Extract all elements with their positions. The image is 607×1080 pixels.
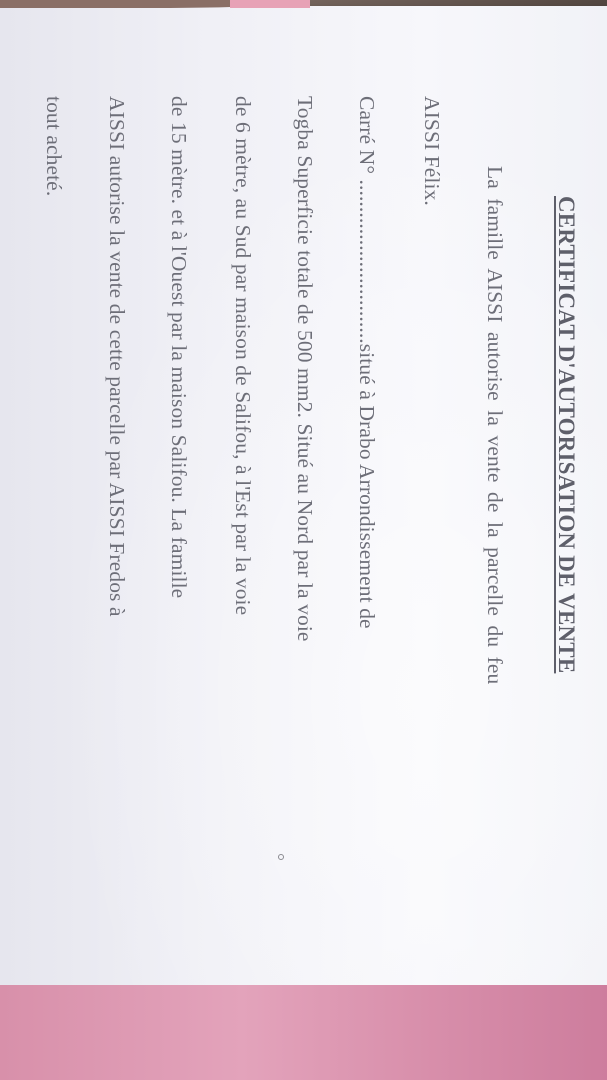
- body-line: Carré N° ..............................s…: [354, 96, 379, 629]
- background-shadow: [0, 0, 260, 8]
- body-line: de 15 mètre. et à l'Ouest par la maison …: [166, 96, 191, 598]
- body-line: tout acheté.: [41, 96, 66, 196]
- document-title: CERTIFICAT D'AUTORISATION DE VENTE: [553, 196, 579, 673]
- body-line: de 6 mètre, au Sud par maison de Salifou…: [230, 96, 255, 615]
- body-line: Togba Superficie totale de 500 mm2. Situ…: [292, 96, 317, 642]
- paper-sheet: CERTIFICAT D'AUTORISATION DE VENTE La fa…: [0, 6, 607, 990]
- background-pink-patch: [230, 0, 310, 8]
- pink-surface: [0, 985, 607, 1080]
- document-photo: CERTIFICAT D'AUTORISATION DE VENTE La fa…: [0, 0, 607, 1080]
- body-line: AISSI autorise la vente de cette parcell…: [104, 96, 129, 617]
- body-line: La famille AISSI autorise la vente de la…: [482, 166, 507, 684]
- document-content: CERTIFICAT D'AUTORISATION DE VENTE La fa…: [0, 6, 607, 1080]
- body-line: AISSI Félix.: [419, 96, 444, 206]
- paper-speck: [278, 854, 284, 860]
